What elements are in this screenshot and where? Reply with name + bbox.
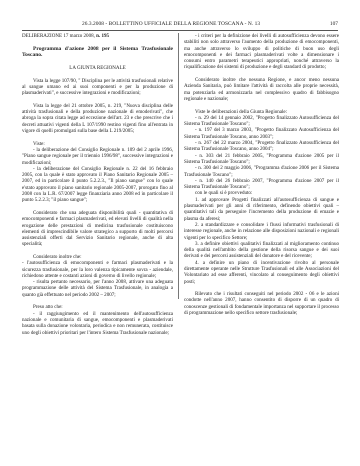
page-header: 26.3.2008 - BOLLETTINO UFFICIALE DELLA R…: [22, 20, 338, 31]
paragraph: - n. 197 del 3 marzo 2003, "Progetto fin…: [184, 127, 339, 140]
paragraph: - la deliberazione del Consiglio Regiona…: [22, 166, 173, 204]
paragraph: Vista la legge 107/90, " Disciplina per …: [22, 78, 173, 97]
page-number: 107: [330, 21, 338, 27]
paragraph: Vista la legge del 21 ottobre 2005, n. 2…: [22, 103, 173, 134]
paragraph: - il raggiungimento ed il mantenimento d…: [22, 311, 173, 336]
paragraph: - n. 29 del 14 gennaio 2002, "Progetto f…: [184, 115, 339, 128]
right-column: - i criteri per la definizione dei livel…: [184, 33, 339, 316]
delibera-number: n. 195: [96, 33, 109, 39]
paragraph: Rilevato che i risultati conseguiti nel …: [184, 291, 339, 316]
paragraph: 3. a definire obiettivi qualitativi fina…: [184, 241, 339, 260]
paragraph: 1. ad approvare Progetti finalizzati all…: [184, 197, 339, 222]
paragraph: 4. a definire un piano di incentivazione…: [184, 260, 339, 285]
paragraph: Considerato inoltre che nessuna Regione,…: [184, 77, 339, 102]
bulletin-title: 26.3.2008 - BOLLETTINO UFFICIALE DELLA R…: [82, 21, 260, 27]
paragraph: - risulta pertanto necessario, per l'ann…: [22, 279, 173, 298]
left-column: DELIBERAZIONE 17 marzo 2008, n. 195 Prog…: [22, 33, 173, 336]
paragraph: - la deliberazione del Consiglio Regiona…: [22, 147, 173, 166]
paragraph: - n. 300 del 2 maggio 2006, "Programma d…: [184, 165, 339, 178]
paragraph: - n. 303 del 21 febbraio 2005, "Programm…: [184, 153, 339, 166]
delibera-date: DELIBERAZIONE 17 marzo 2008,: [22, 33, 96, 39]
paragraph: - i criteri per la definizione dei livel…: [184, 33, 339, 71]
paragraph: - l'autosufficienza di emocomponenti e f…: [22, 260, 173, 279]
delibera-title: Programma d'azione 2008 per il Sistema T…: [22, 46, 173, 59]
paragraph: - n. 267 del 22 marzo 2004, "Progetto fi…: [184, 140, 339, 153]
paragraph: Considerato che una adeguata disponibili…: [22, 210, 173, 248]
paragraph: - n. 140 del 26 febbraio 2007, "Programm…: [184, 178, 339, 191]
column-divider: [178, 33, 179, 299]
paragraph: 2. a standardizzare e consolidare i flus…: [184, 222, 339, 241]
